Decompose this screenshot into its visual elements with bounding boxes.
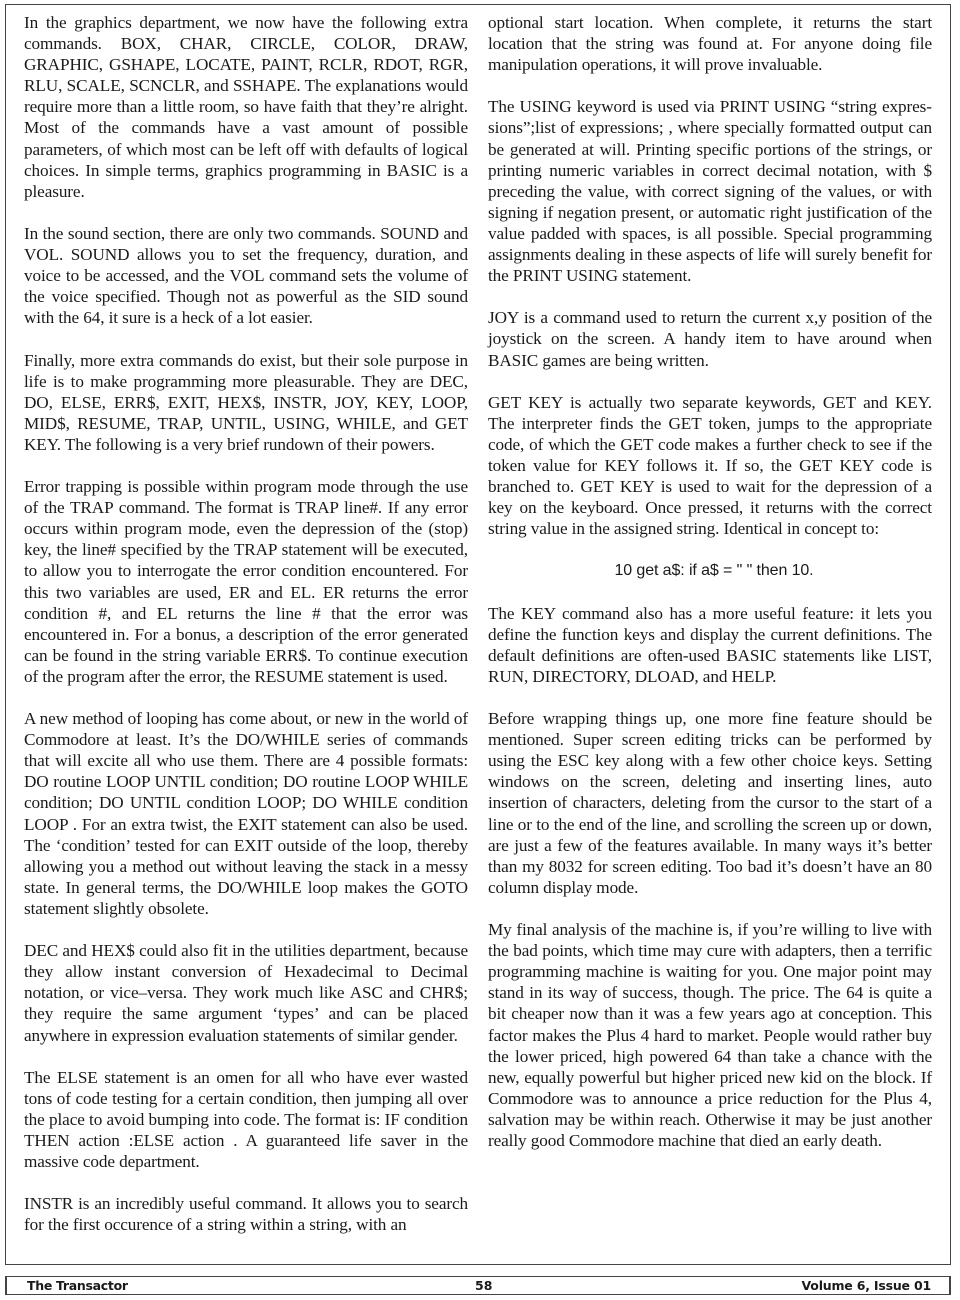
paragraph-screen-editing: Before wrapping things up, one more fine… [488, 708, 932, 898]
paragraph-joy: JOY is a command used to return the curr… [488, 307, 932, 370]
page-footer: The Transactor 58 Volume 6, Issue 01 [5, 1276, 951, 1295]
paragraph-graphics: In the graphics department, we now have … [24, 12, 468, 202]
paragraph-else: The ELSE statement is an omen for all wh… [24, 1067, 468, 1172]
publication-name: The Transactor [27, 1277, 128, 1294]
paragraph-error-trapping: Error trapping is possible within progra… [24, 476, 468, 687]
right-column: optional start location. When complete, … [488, 12, 932, 1172]
paragraph-get-key: GET KEY is actually two separate keyword… [488, 392, 932, 540]
paragraph-key-command: The KEY command also has a more useful f… [488, 603, 932, 687]
paragraph-sound: In the sound section, there are only two… [24, 223, 468, 328]
paragraph-looping: A new method of looping has come about, … [24, 708, 468, 919]
paragraph-using: The USING keyword is used via PRINT USIN… [488, 96, 932, 286]
page-number: 58 [475, 1277, 492, 1294]
left-column: In the graphics department, we now have … [24, 12, 468, 1257]
paragraph-instr-continued: optional start location. When complete, … [488, 12, 932, 75]
code-example: 10 get a$: if a$ = " " then 10. [488, 560, 932, 581]
paragraph-extra-commands: Finally, more extra commands do exist, b… [24, 350, 468, 455]
paragraph-instr: INSTR is an incredibly useful command. I… [24, 1193, 468, 1235]
paragraph-dec-hex: DEC and HEX$ could also fit in the utili… [24, 940, 468, 1045]
paragraph-final-analysis: My final analysis of the machine is, if … [488, 919, 932, 1151]
issue-label: Volume 6, Issue 01 [802, 1277, 931, 1294]
